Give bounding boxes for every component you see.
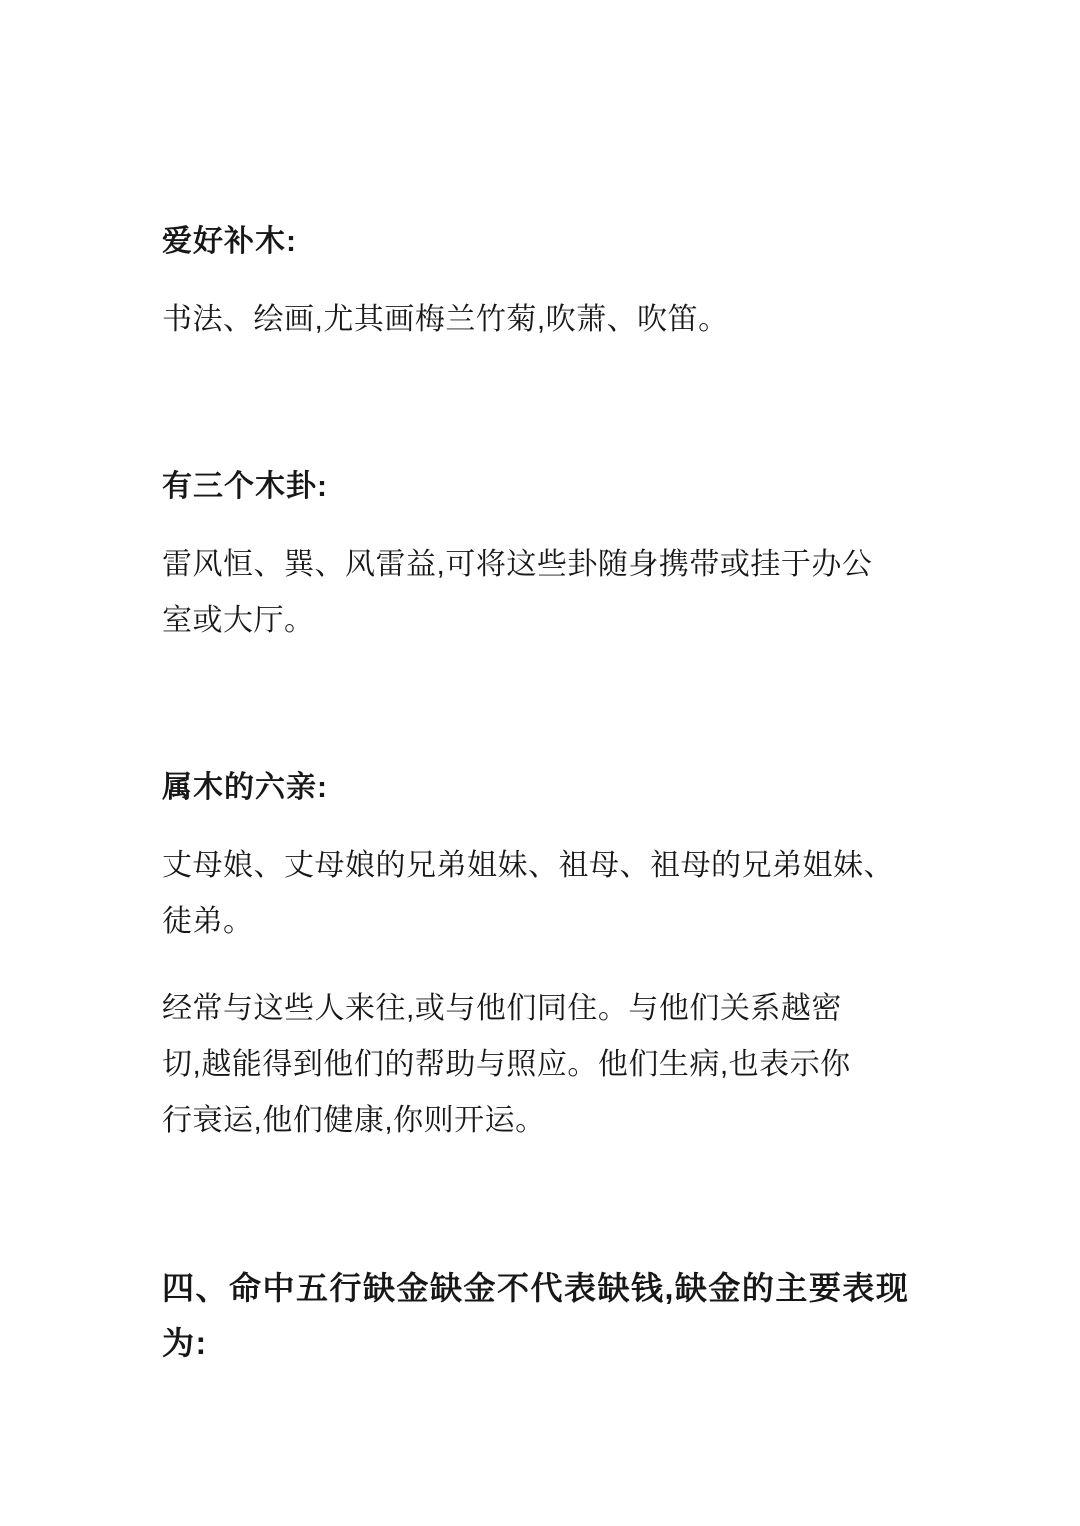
section-heading-hobbies-for-wood: 爱好补木: (162, 224, 910, 260)
text-line: 书法、绘画,尤其画梅兰竹菊,吹萧、吹笛。 (162, 292, 910, 348)
section-heading-lacking-metal: 四、命中五行缺金缺金不代表缺钱,缺金的主要表现 为: (162, 1261, 910, 1371)
paragraph-hobbies: 书法、绘画,尤其画梅兰竹菊,吹萧、吹笛。 (162, 292, 910, 348)
text-line: 四、命中五行缺金缺金不代表缺钱,缺金的主要表现 (162, 1261, 910, 1316)
text-line: 丈母娘、丈母娘的兄弟姐妹、祖母、祖母的兄弟姐妹、 (162, 838, 910, 894)
paragraph-relatives-list: 丈母娘、丈母娘的兄弟姐妹、祖母、祖母的兄弟姐妹、 徒弟。 (162, 838, 910, 950)
text-line: 雷风恒、巽、风雷益,可将这些卦随身携带或挂于办公 (162, 537, 910, 593)
section-heading-three-wood-hexagrams: 有三个木卦: (162, 469, 910, 505)
text-line: 行衰运,他们健康,你则开运。 (162, 1093, 910, 1149)
text-line: 室或大厅。 (162, 593, 910, 649)
text-line: 为: (162, 1316, 910, 1371)
paragraph-relatives-advice: 经常与这些人来往,或与他们同住。与他们关系越密 切,越能得到他们的帮助与照应。他… (162, 981, 910, 1149)
paragraph-hexagrams: 雷风恒、巽、风雷益,可将这些卦随身携带或挂于办公 室或大厅。 (162, 537, 910, 649)
section-heading-wood-relatives: 属木的六亲: (162, 770, 910, 806)
article-page: 爱好补木: 书法、绘画,尤其画梅兰竹菊,吹萧、吹笛。 有三个木卦: 雷风恒、巽、… (0, 0, 1080, 1526)
text-line: 切,越能得到他们的帮助与照应。他们生病,也表示你 (162, 1037, 910, 1093)
text-line: 徒弟。 (162, 894, 910, 950)
text-line: 经常与这些人来往,或与他们同住。与他们关系越密 (162, 981, 910, 1037)
